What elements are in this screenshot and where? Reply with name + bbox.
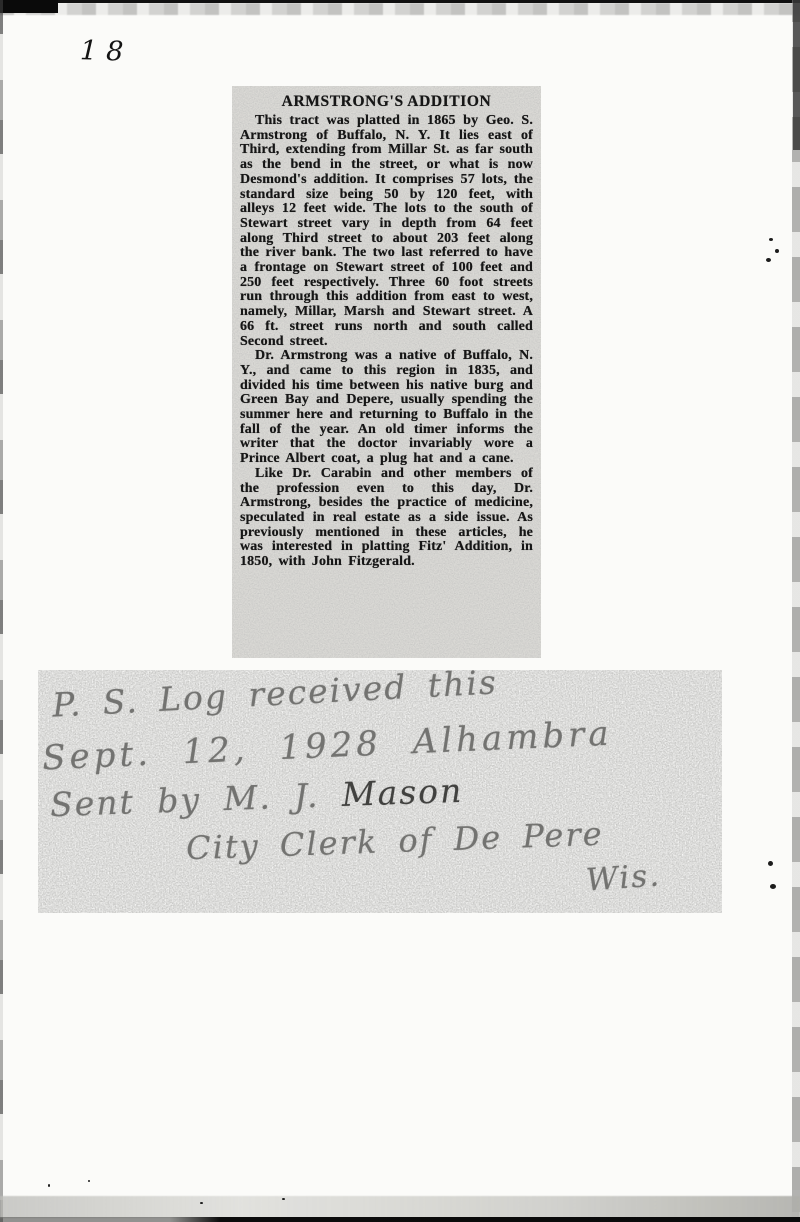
ink-speck <box>768 861 773 866</box>
handwritten-note-patch: P. S. Log received this Sept. 12, 1928 A… <box>38 670 722 913</box>
handwritten-page-number: 18 <box>79 35 132 68</box>
left-edge-artifact <box>0 0 3 1222</box>
ink-speck <box>775 249 779 253</box>
ink-speck <box>770 884 776 889</box>
ink-speck <box>48 1184 50 1187</box>
clipping-headline: ARMSTRONG'S ADDITION <box>240 93 533 111</box>
right-edge-artifact <box>792 0 800 1222</box>
clipping-paragraph: Dr. Armstrong was a native of Buffalo, N… <box>240 349 533 467</box>
ink-speck <box>88 1180 90 1182</box>
ink-speck <box>769 238 773 241</box>
note-line-2: Sept. 12, 1928 Alhambra <box>41 714 613 779</box>
right-edge-dark-strip <box>793 0 800 150</box>
top-left-black-bar <box>0 0 58 13</box>
top-scan-shadow <box>0 3 800 15</box>
ink-speck <box>282 1198 285 1200</box>
note-line-4: City Clerk of De Pere <box>185 815 604 868</box>
newspaper-clipping: ARMSTRONG'S ADDITION This tract was plat… <box>232 86 541 658</box>
ink-speck <box>766 258 771 262</box>
note-line-1: P. S. Log received this <box>51 670 498 725</box>
note-line-3: Sent by M. J. Mason <box>49 771 463 824</box>
clipping-paragraph: Like Dr. Carabin and other members of th… <box>240 467 533 570</box>
bottom-edge-line <box>0 1217 800 1222</box>
scanned-document-page: 18 ARMSTRONG'S ADDITION This tract was p… <box>0 0 800 1222</box>
note-line-3-prefix: Sent by M. J. <box>49 775 342 824</box>
bottom-scan-shadow <box>0 1196 800 1218</box>
top-edge-line <box>0 0 800 3</box>
clipping-paragraph: This tract was platted in 1865 by Geo. S… <box>240 114 533 349</box>
note-line-5: Wis. <box>585 857 662 898</box>
ink-speck <box>200 1202 203 1204</box>
note-line-3-name: Mason <box>341 771 464 814</box>
